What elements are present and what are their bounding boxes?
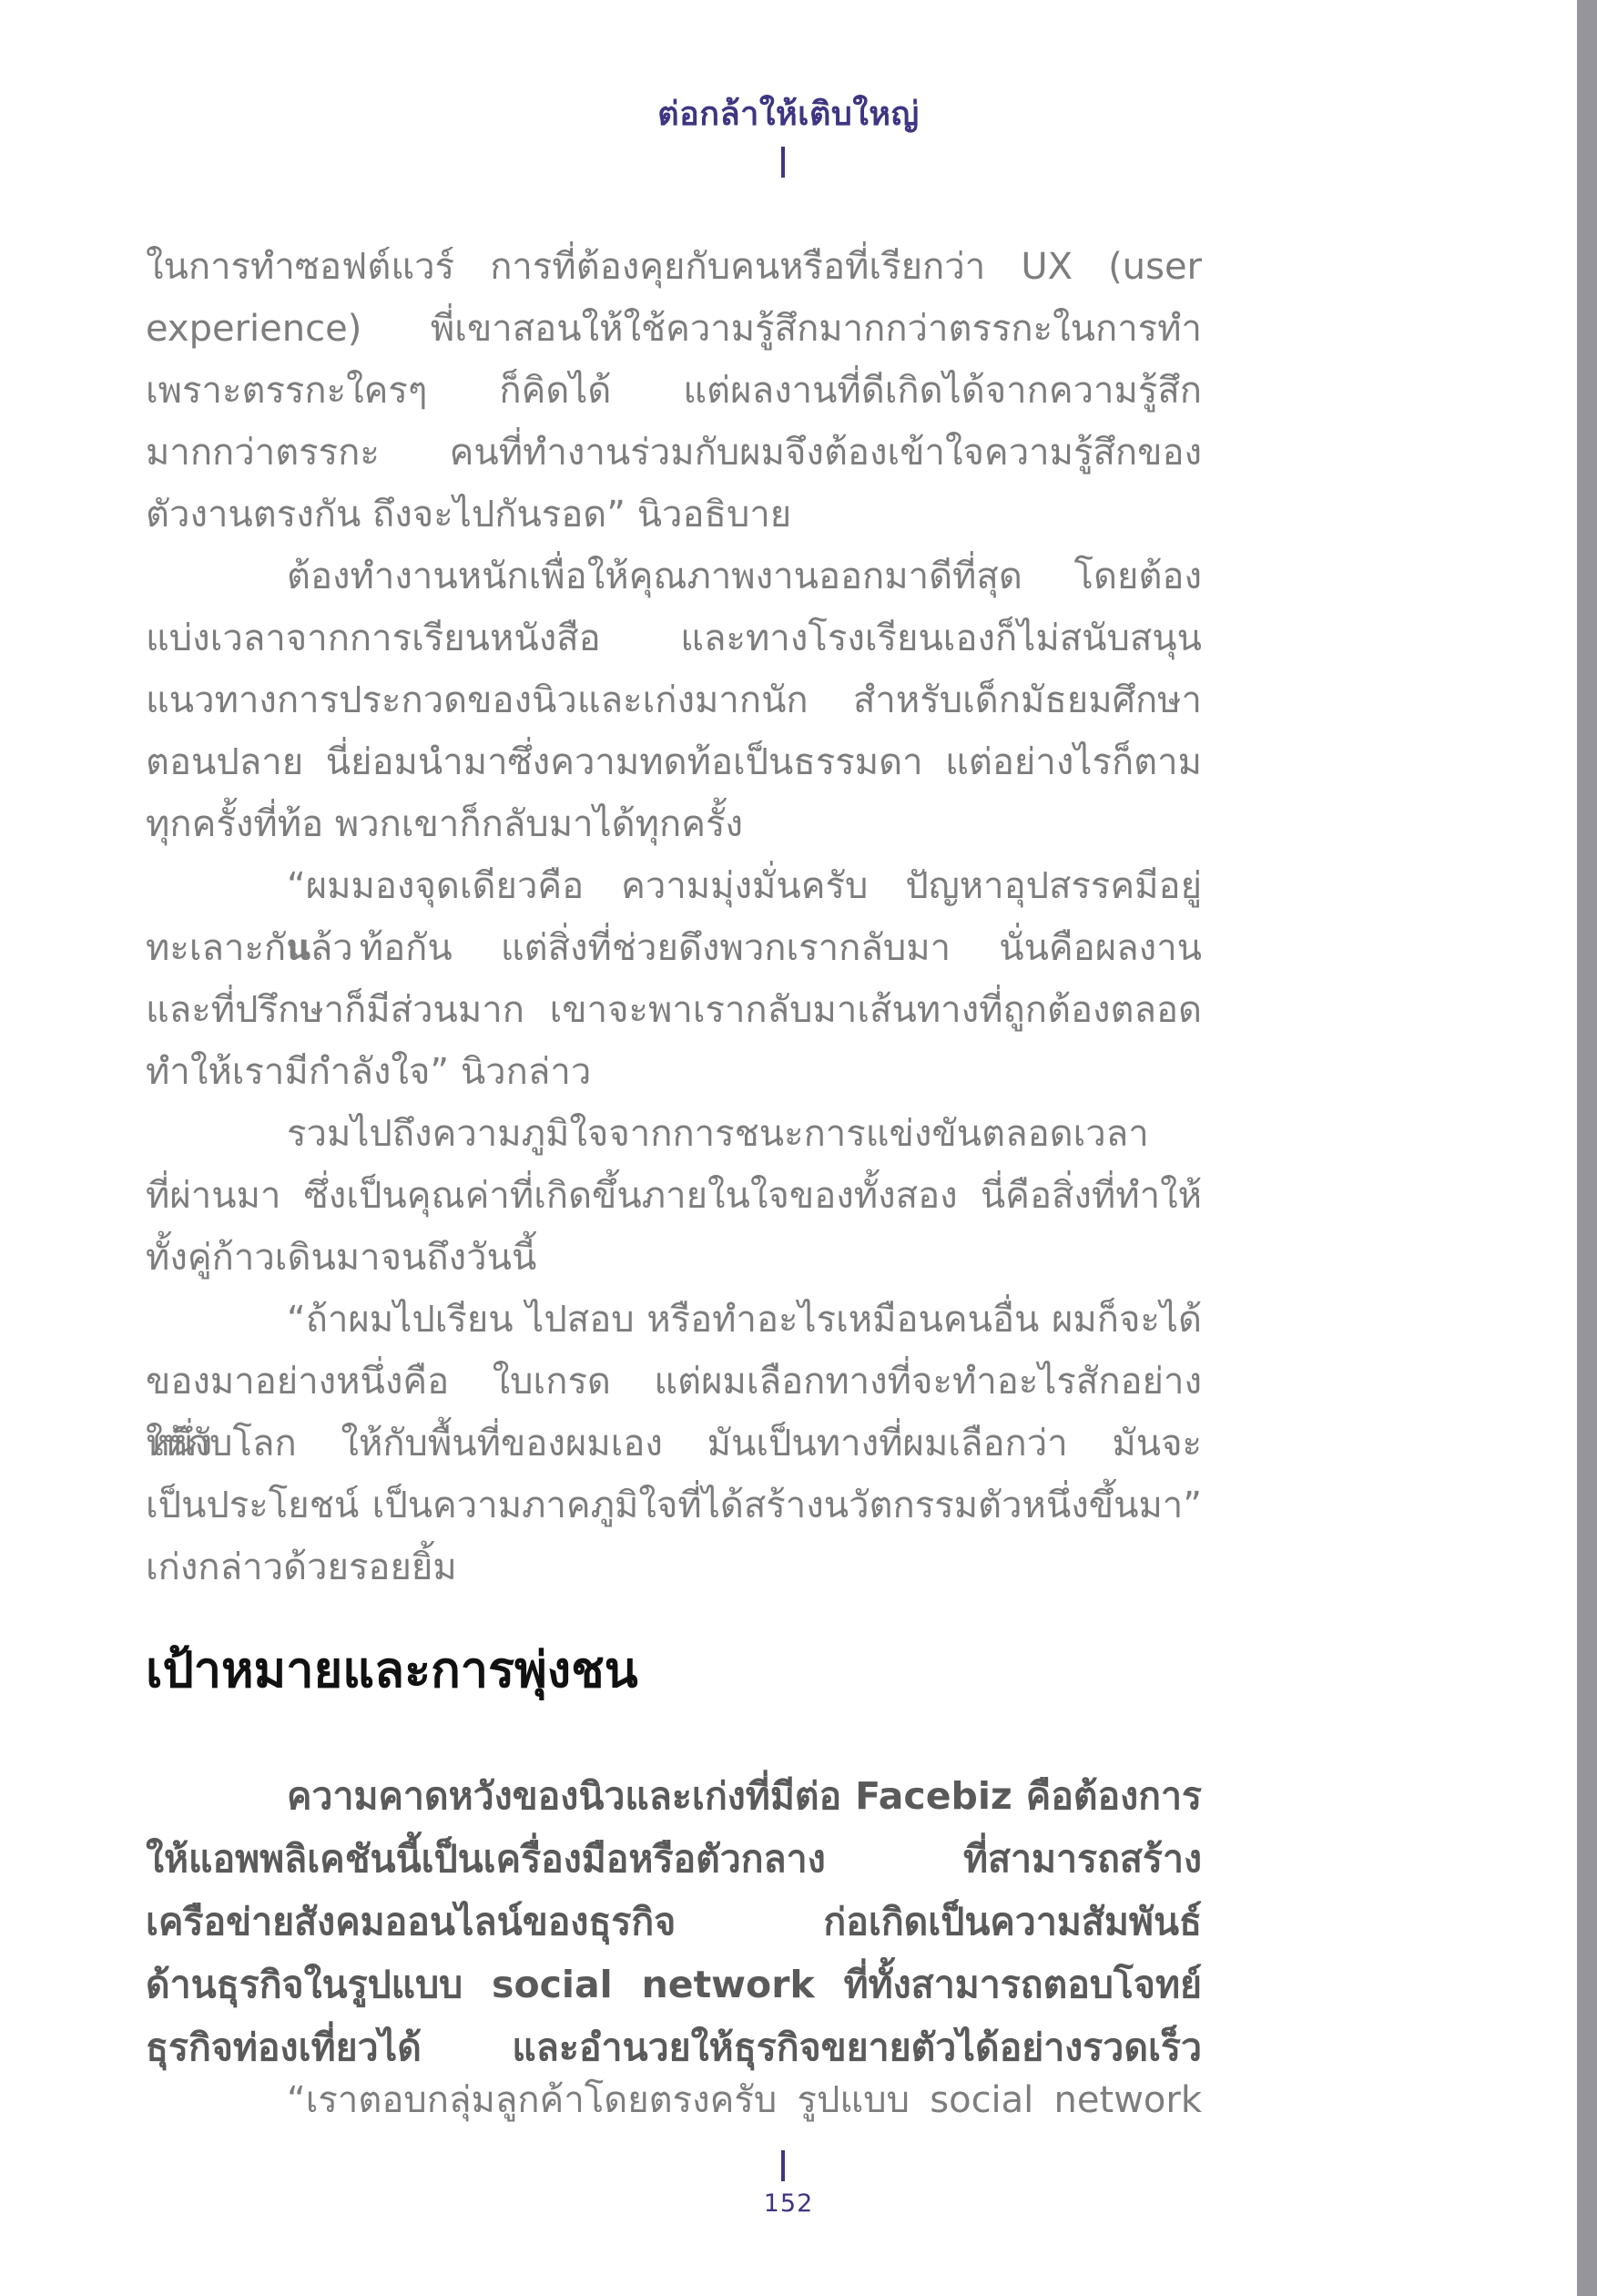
text-line: ทุกครั้งที่ท้อ พวกเขาก็กลับมาได้ทุกครั้ง: [146, 793, 1202, 855]
text-line: รวมไปถึงความภูมิใจจากการชนะการแข่งขันตลอ…: [146, 1103, 1202, 1165]
text-line: ให้กับโลก ให้กับพื้นที่ของผมเอง มันเป็นท…: [146, 1413, 1202, 1475]
body-text-block: ในการทำซอฟต์แวร์ การที่ต้องคุยกับคนหรือท…: [146, 236, 1202, 1598]
paragraph-4: รวมไปถึงความภูมิใจจากการชนะการแข่งขันตลอ…: [146, 1103, 1202, 1289]
text-line: เครือข่ายสังคมออนไลน์ของธุรกิจ ก่อเกิดเป…: [146, 1891, 1202, 1954]
text-line: “เราตอบกลุ่มลูกค้าโดยตรงครับ รูปแบบ soci…: [146, 2069, 1202, 2131]
text-line: ด้านธุรกิจในรูปแบบ social network ที่ทั้…: [146, 1954, 1202, 2016]
text-line: เพราะตรรกะใครๆ ก็คิดได้ แต่ผลงานที่ดีเกิ…: [146, 360, 1202, 422]
text-line: แนวทางการประกวดของนิวและเก่งมากนัก สำหรั…: [146, 669, 1202, 731]
text-line: เก่งกล่าวด้วยรอยยิ้ม: [146, 1536, 1202, 1598]
text-line: ตอนปลาย นี่ย่อมนำมาซึ่งความทดท้อเป็นธรรม…: [146, 731, 1202, 793]
text-line: ตัวงานตรงกัน ถึงจะไปกันรอด” นิวอธิบาย: [146, 484, 1202, 546]
text-line: “ผมมองจุดเดียวคือ ความมุ่งมั่นครับ ปัญหา…: [146, 855, 1202, 917]
text-line: ต้องทำงานหนักเพื่อให้คุณภาพงานออกมาดีที่…: [146, 546, 1202, 607]
paragraph-2: ต้องทำงานหนักเพื่อให้คุณภาพงานออกมาดีที่…: [146, 546, 1202, 855]
text-line: ทั้งคู่ก้าวเดินมาจนถึงวันนี้: [146, 1227, 1202, 1289]
text-line: แบ่งเวลาจากการเรียนหนังสือ และทางโรงเรีย…: [146, 607, 1202, 669]
text-line: “ถ้าผมไปเรียน ไปสอบ หรือทำอะไรเหมือนคนอื…: [146, 1289, 1202, 1351]
paragraph-1: ในการทำซอฟต์แวร์ การที่ต้องคุยกับคนหรือท…: [146, 236, 1202, 546]
section-heading: เป้าหมายและการพุ่งชน: [146, 1630, 1202, 1709]
paragraph-5: “ถ้าผมไปเรียน ไปสอบ หรือทำอะไรเหมือนคนอื…: [146, 1289, 1202, 1598]
text-line: experience) พี่เขาสอนให้ใช้ความรู้สึกมาก…: [146, 298, 1202, 360]
right-edge-strip: [1577, 0, 1597, 2296]
text-line: ทำให้เรามีกำลังใจ” นิวกล่าว: [146, 1041, 1202, 1103]
text-line: และที่ปรึกษาก็มีส่วนมาก เขาจะพาเรากลับมา…: [146, 979, 1202, 1041]
footer-divider-bar: [781, 2150, 785, 2181]
header-divider-bar: [781, 147, 785, 178]
running-header-title: ต่อกล้าให้เติบใหญ่: [0, 87, 1577, 139]
text-line: ที่ผ่านมา ซึ่งเป็นคุณค่าที่เกิดขึ้นภายใน…: [146, 1165, 1202, 1227]
paragraph-3: “ผมมองจุดเดียวคือ ความมุ่งมั่นครับ ปัญหา…: [146, 855, 1202, 1103]
bold-paragraph: ความคาดหวังของนิวและเก่งที่มีต่อ Facebiz…: [146, 1765, 1202, 2079]
text-line: ทะเลาะกัน ท้อกัน แต่สิ่งที่ช่วยดึงพวกเรา…: [146, 917, 1202, 979]
closing-paragraph: “เราตอบกลุ่มลูกค้าโดยตรงครับ รูปแบบ soci…: [146, 2069, 1202, 2131]
book-page: ต่อกล้าให้เติบใหญ่ ในการทำซอฟต์แวร์ การท…: [0, 0, 1597, 2296]
text-line: ให้แอพพลิเคชันนี้เป็นเครื่องมือหรือตัวกล…: [146, 1828, 1202, 1891]
text-line: มากกว่าตรรกะ คนที่ทำงานร่วมกับผมจึงต้องเ…: [146, 422, 1202, 484]
text-line: ของมาอย่างหนึ่งคือ ใบเกรด แต่ผมเลือกทางท…: [146, 1351, 1202, 1413]
text-line: ความคาดหวังของนิวและเก่งที่มีต่อ Facebiz…: [146, 1765, 1202, 1828]
page-number: 152: [0, 2189, 1577, 2218]
text-line: เป็นประโยชน์ เป็นความภาคภูมิใจที่ได้สร้า…: [146, 1475, 1202, 1536]
text-line: ในการทำซอฟต์แวร์ การที่ต้องคุยกับคนหรือท…: [146, 236, 1202, 298]
